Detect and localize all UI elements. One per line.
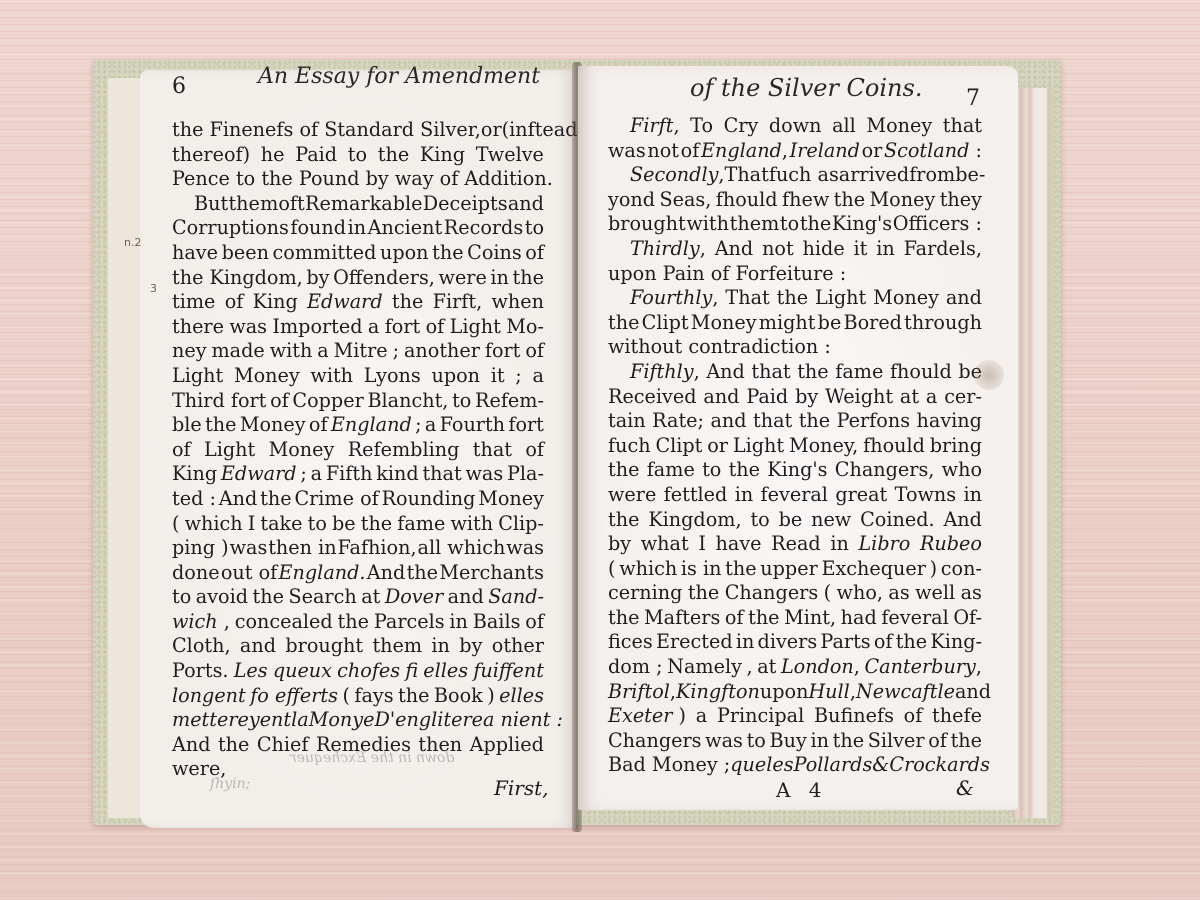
word: in xyxy=(810,729,829,754)
word: all xyxy=(832,114,856,139)
text-line: ted :AndtheCrime ofRoundingMoney xyxy=(172,487,544,512)
text-line: toavoidtheSearchatDoverandSand- xyxy=(172,585,544,610)
word: that xyxy=(943,114,982,139)
word: ; xyxy=(300,462,306,487)
text-line: thefametotheKing'sChangers,who xyxy=(608,458,982,483)
word: the xyxy=(608,458,639,483)
word: a nient : xyxy=(483,708,563,733)
word: fo efferts xyxy=(250,684,338,709)
word: brought xyxy=(285,634,363,659)
word: and xyxy=(946,286,982,311)
word: Pence to the Pound by way of Addition. xyxy=(172,167,553,192)
text-line: CorruptionsfoundinAncientRecordsto xyxy=(172,216,544,241)
word: Parts xyxy=(820,630,870,655)
word: the xyxy=(608,606,639,631)
word: was xyxy=(705,729,743,754)
word: Rate; xyxy=(652,409,704,434)
word: Crime of xyxy=(294,487,378,512)
word: the xyxy=(729,458,760,483)
word: the xyxy=(205,413,236,438)
word: of xyxy=(225,290,244,315)
word: Fourth xyxy=(440,413,505,438)
word: Principal xyxy=(717,704,804,729)
text-line: fuchCliptorLightMoney,fhouldbring xyxy=(608,434,982,459)
word: from xyxy=(909,163,955,188)
word: the Finenefs of Standard Silver, xyxy=(172,118,481,143)
word: England. xyxy=(279,561,366,586)
word: wich , xyxy=(172,610,230,635)
word: by xyxy=(306,266,329,291)
word: That xyxy=(725,286,769,311)
text-line: bywhatIhaveReadinLibroRubeo xyxy=(608,532,982,557)
word: But xyxy=(194,192,228,217)
page-number: 7 xyxy=(966,86,980,111)
word: Read xyxy=(771,532,821,557)
text-line: theMaftersoftheMint,hadfeveralOf- xyxy=(608,606,982,631)
word: be xyxy=(779,508,803,533)
text-line: tainRate;andthatthePerfonshaving xyxy=(608,409,982,434)
word: ( xyxy=(824,581,832,606)
word: fuiffent xyxy=(473,659,544,684)
word: Paid xyxy=(746,385,788,410)
word: kind xyxy=(376,462,418,487)
word: the xyxy=(338,610,369,635)
word: Erected xyxy=(656,630,733,655)
word: or xyxy=(707,434,728,459)
word: as xyxy=(888,581,909,606)
word: ; xyxy=(393,339,399,364)
word: Ports. xyxy=(172,659,229,684)
word: King xyxy=(172,462,217,487)
word: that xyxy=(473,438,512,463)
text-line: timeofKingEdwardtheFirft,when xyxy=(172,290,544,315)
text-line: theCliptMoneymightbeBoredthrough xyxy=(608,311,982,336)
word: Corruptions xyxy=(172,216,289,241)
word: Ireland xyxy=(790,139,860,164)
word: fort xyxy=(508,413,544,438)
text-line: without contradiction : xyxy=(608,335,982,360)
word: in xyxy=(736,630,755,655)
word: Changers, xyxy=(835,458,935,483)
word: them xyxy=(372,634,422,659)
word: upon xyxy=(380,241,429,266)
word: cerning xyxy=(608,581,682,606)
word: fort xyxy=(485,339,521,364)
word: to xyxy=(172,585,191,610)
word: brought xyxy=(608,212,686,237)
word: the xyxy=(432,241,463,266)
word: have xyxy=(172,241,218,266)
word: with xyxy=(450,512,493,537)
word: fame xyxy=(397,512,445,537)
word: to xyxy=(348,143,367,168)
word: Bored xyxy=(844,311,902,336)
word: of xyxy=(904,704,923,729)
word: Exeter ) xyxy=(608,704,686,729)
word: Pla- xyxy=(507,462,544,487)
word: Fardels, xyxy=(904,237,982,262)
word: might xyxy=(759,311,816,336)
word: Lyons xyxy=(364,364,421,389)
word: through xyxy=(904,311,982,336)
word: Blancht, xyxy=(367,389,448,414)
word: a xyxy=(311,462,322,487)
running-head: An Essay for Amendment xyxy=(258,64,540,89)
word: the xyxy=(896,630,927,655)
word: the xyxy=(407,561,438,586)
word: of xyxy=(525,241,544,266)
word: con- xyxy=(941,557,982,582)
word: Fourthly, xyxy=(630,286,719,311)
word: the xyxy=(513,266,544,291)
word: of xyxy=(525,438,544,463)
word: Mo- xyxy=(506,315,544,340)
text-line: therewasImportedafortofLightMo- xyxy=(172,315,544,340)
word: have xyxy=(716,532,762,557)
word: Cloth, xyxy=(172,634,231,659)
word: well xyxy=(915,581,955,606)
word: Mitre xyxy=(334,339,388,364)
text-line: wich ,concealedtheParcelsinBailsof xyxy=(172,610,544,635)
word: a xyxy=(696,704,707,729)
word: the xyxy=(833,729,864,754)
text-line: Firft,ToCrydownallMoneythat xyxy=(608,114,982,139)
text-line: Third fortofCopperBlancht,toRefem- xyxy=(172,389,544,414)
word: Coined. xyxy=(860,508,934,533)
word: ney xyxy=(172,339,207,364)
word: Canterbury, xyxy=(864,655,981,680)
word: thefe xyxy=(932,704,982,729)
word: a xyxy=(317,339,328,364)
word: a xyxy=(532,364,543,389)
text-line: LightMoneywithLyonsuponit;a xyxy=(172,364,544,389)
word: at xyxy=(361,585,380,610)
word: Libro xyxy=(858,532,910,557)
word: Fafhion, xyxy=(338,536,417,561)
word: Search xyxy=(288,585,356,610)
word: fhew xyxy=(782,188,829,213)
word: Changers xyxy=(608,729,702,754)
word: at xyxy=(757,655,776,680)
word: Rounding xyxy=(382,487,476,512)
word: Clip- xyxy=(498,512,544,537)
text-line: dom ;Namely,atLondon,Canterbury, xyxy=(608,655,982,680)
word: which xyxy=(619,557,677,582)
word: King's xyxy=(767,458,827,483)
word: Of- xyxy=(953,606,982,631)
word: Exchequer xyxy=(821,557,925,582)
word: there xyxy=(172,315,224,340)
word: Bufinefs xyxy=(814,704,894,729)
word: the xyxy=(253,585,284,610)
word: And xyxy=(219,487,258,512)
word: elles xyxy=(499,684,544,709)
word: and xyxy=(508,192,544,217)
word: Deceipts xyxy=(423,192,508,217)
word: time xyxy=(172,290,215,315)
word: Third fort xyxy=(172,389,266,414)
word: fuch as xyxy=(769,163,839,188)
word: of xyxy=(270,389,289,414)
word: Clipt xyxy=(655,434,702,459)
word: Pollards xyxy=(794,753,873,778)
word: it xyxy=(491,364,505,389)
word: And xyxy=(943,508,982,533)
word: Book xyxy=(434,684,483,709)
word: was xyxy=(506,536,544,561)
text-line: upon Pain of Forfeiture : xyxy=(608,262,982,287)
word: the Kingdom, xyxy=(172,266,303,291)
word: take xyxy=(260,512,302,537)
word: bring xyxy=(930,434,982,459)
text-line: cerningtheChangers(who,aswellas xyxy=(608,581,982,606)
word: all which xyxy=(418,536,506,561)
word: a xyxy=(368,315,379,340)
word: the xyxy=(834,188,865,213)
word: Secondly, xyxy=(630,163,725,188)
word: to xyxy=(308,512,327,537)
word: be xyxy=(818,311,842,336)
text-line: Pence to the Pound by way of Addition. xyxy=(172,167,544,192)
margin-note: n.2 xyxy=(124,236,141,249)
word: ; xyxy=(515,364,521,389)
text-line: Bad Money ;quelesPollards&Crockards xyxy=(608,753,982,778)
running-head: of the Silver Coins. xyxy=(690,74,922,102)
word: Clipt xyxy=(642,311,689,336)
word: a xyxy=(926,385,937,410)
text-line: theKingdom,tobenewCoined.And xyxy=(608,508,982,533)
text-line: ChangerswastoBuyintheSilverofthe xyxy=(608,729,982,754)
word: mettere xyxy=(172,708,249,733)
word: when xyxy=(491,290,544,315)
word: them xyxy=(730,212,780,237)
word: to xyxy=(702,458,721,483)
text-line: Ports.Lesqueuxchofesfiellesfuiffent xyxy=(172,659,544,684)
word: as xyxy=(961,581,982,606)
word: And xyxy=(706,360,745,385)
word: what xyxy=(641,532,689,557)
word: & xyxy=(872,753,889,778)
right-body-text: Firft,ToCrydownallMoneythatwasnotofEngla… xyxy=(608,114,982,778)
text-line: ficesErectedindiversPartsoftheKing- xyxy=(608,630,982,655)
right-page-edges xyxy=(1012,88,1054,818)
word: England xyxy=(331,413,412,438)
word: Parcels xyxy=(374,610,445,635)
text-line: KingEdward;aFifthkindthatwasPla- xyxy=(172,462,544,487)
text-line: wasnotofEngland,IrelandorScotland : xyxy=(608,139,982,164)
word: fettled xyxy=(664,483,728,508)
text-line: bletheMoneyofEngland;aFourthfort xyxy=(172,413,544,438)
word: out of xyxy=(221,561,277,586)
word: fame xyxy=(835,360,883,385)
word: Seas, xyxy=(659,188,711,213)
word: to xyxy=(750,508,769,533)
word: upon xyxy=(760,680,809,705)
word: upon xyxy=(431,364,480,389)
word: the xyxy=(725,557,756,582)
text-line: Briftol,KingftonuponHull,Newcaftleand xyxy=(608,680,982,705)
word: Firft, xyxy=(433,290,483,315)
signature-mark: A 4 xyxy=(776,778,828,802)
word: the xyxy=(260,487,291,512)
word: of xyxy=(681,139,700,164)
word: And xyxy=(172,733,211,758)
word: Received xyxy=(608,385,697,410)
word: D'englitere xyxy=(374,708,483,733)
text-line: broughtwiththemtotheKing'sOfficers : xyxy=(608,212,982,237)
word: the xyxy=(608,311,639,336)
word: who, xyxy=(837,581,883,606)
word: ; xyxy=(415,413,421,438)
text-line: the Finenefs of Standard Silver,or(infte… xyxy=(172,118,544,143)
word: or xyxy=(481,118,502,143)
word: Light xyxy=(733,434,784,459)
word: Les xyxy=(234,659,268,684)
word: fays xyxy=(354,684,393,709)
word: ) xyxy=(487,684,495,709)
word: they xyxy=(940,188,982,213)
word: fuch xyxy=(608,434,651,459)
word: King xyxy=(253,290,298,315)
word: Ancient xyxy=(368,216,443,241)
word: Silver xyxy=(868,729,925,754)
word: feveral xyxy=(881,606,948,631)
word: concealed xyxy=(235,610,333,635)
word: Cry xyxy=(724,114,759,139)
word: Remarkable xyxy=(305,192,422,217)
word: Perfons xyxy=(837,409,910,434)
word: Edward xyxy=(221,462,297,487)
word: Changers xyxy=(725,581,819,606)
word: the xyxy=(392,290,423,315)
word: and xyxy=(955,680,991,705)
word: cer- xyxy=(944,385,982,410)
word: the xyxy=(398,684,429,709)
word: Refem- xyxy=(475,389,544,414)
text-line: Thirdly,AndnothideitinFardels, xyxy=(608,237,982,262)
text-line: ofLightMoneyRefemblingthatof xyxy=(172,438,544,463)
word: in xyxy=(431,634,450,659)
word: without contradiction : xyxy=(608,335,831,360)
word: of xyxy=(725,606,744,631)
catchword: First, xyxy=(494,776,549,800)
word: ble xyxy=(172,413,202,438)
word: at xyxy=(900,385,919,410)
word: ping ) xyxy=(172,536,229,561)
word: Merchants xyxy=(439,561,544,586)
word: other xyxy=(492,634,544,659)
margin-note: 3 xyxy=(150,282,157,295)
word: and xyxy=(240,634,276,659)
word: who xyxy=(942,458,982,483)
word: , xyxy=(747,655,753,680)
word: found xyxy=(290,216,346,241)
word: was xyxy=(608,139,646,164)
word: the xyxy=(378,143,409,168)
word: of xyxy=(928,729,947,754)
word: in xyxy=(490,266,509,291)
text-line: Fourthly,ThattheLightMoneyand xyxy=(608,286,982,311)
word: longent xyxy=(172,684,246,709)
word: Buy xyxy=(770,729,807,754)
text-line: thereof)hePaidtotheKingTwelve xyxy=(172,143,544,168)
word: Money xyxy=(870,188,936,213)
word: yent xyxy=(249,708,291,733)
word: of xyxy=(309,413,328,438)
text-line: ButthemoftRemarkableDeceiptsand xyxy=(172,192,544,217)
word: Light xyxy=(815,286,866,311)
word: and xyxy=(710,409,746,434)
word: that xyxy=(751,360,790,385)
word: and xyxy=(703,385,739,410)
word: moft xyxy=(260,192,305,217)
word: I xyxy=(248,512,256,537)
word: Twelve xyxy=(476,143,544,168)
word: Sand- xyxy=(488,585,544,610)
word: feveral xyxy=(761,483,828,508)
text-line: Cloth,andbroughttheminbyother xyxy=(172,634,544,659)
word: in xyxy=(964,483,983,508)
word: of xyxy=(426,315,445,340)
text-line: longentfo efferts(faystheBook)elles xyxy=(172,684,544,709)
word: with xyxy=(686,212,729,237)
word: To xyxy=(690,114,713,139)
text-line: yondSeas,fhouldfhewtheMoneythey xyxy=(608,188,982,213)
word: upper xyxy=(760,557,817,582)
word: elles xyxy=(423,659,468,684)
word: in xyxy=(876,237,895,262)
text-line: the Kingdom,byOffenders,wereinthe xyxy=(172,266,544,291)
word: of xyxy=(525,339,544,364)
word: Imported xyxy=(272,315,362,340)
word: was xyxy=(229,315,267,340)
word: the xyxy=(688,581,719,606)
word: Money, xyxy=(789,434,858,459)
word: by xyxy=(459,634,482,659)
word: Money xyxy=(269,438,335,463)
word: Refembling xyxy=(348,438,460,463)
word: new xyxy=(811,508,851,533)
word: be xyxy=(332,512,356,537)
word: he xyxy=(261,143,285,168)
word: down xyxy=(769,114,822,139)
word: Monye xyxy=(309,708,375,733)
word: Thirdly, xyxy=(630,237,706,262)
word: ted : xyxy=(172,487,216,512)
word: the xyxy=(951,729,982,754)
word: the xyxy=(800,212,831,237)
word: a xyxy=(425,413,436,438)
word: Briftol, xyxy=(608,680,676,705)
word: Money xyxy=(478,487,544,512)
text-line: neymadewithaMitre;anotherfortof xyxy=(172,339,544,364)
word: the xyxy=(361,512,392,537)
text-line: doneout ofEngland.AndtheMerchants xyxy=(172,561,544,586)
word: London, xyxy=(781,655,860,680)
page-number: 6 xyxy=(172,74,186,99)
word: yond xyxy=(608,188,655,213)
word: fort xyxy=(385,315,421,340)
word: la xyxy=(291,708,309,733)
word: hide xyxy=(803,237,845,262)
word: Money xyxy=(873,286,939,311)
word: ( xyxy=(342,684,350,709)
word: Kingdom, xyxy=(648,508,741,533)
word: Namely xyxy=(667,655,742,680)
word: Fifth xyxy=(326,462,373,487)
text-line: (whichis intheupperExchequer)con- xyxy=(608,557,982,582)
word: upon Pain of Forfeiture : xyxy=(608,262,846,287)
